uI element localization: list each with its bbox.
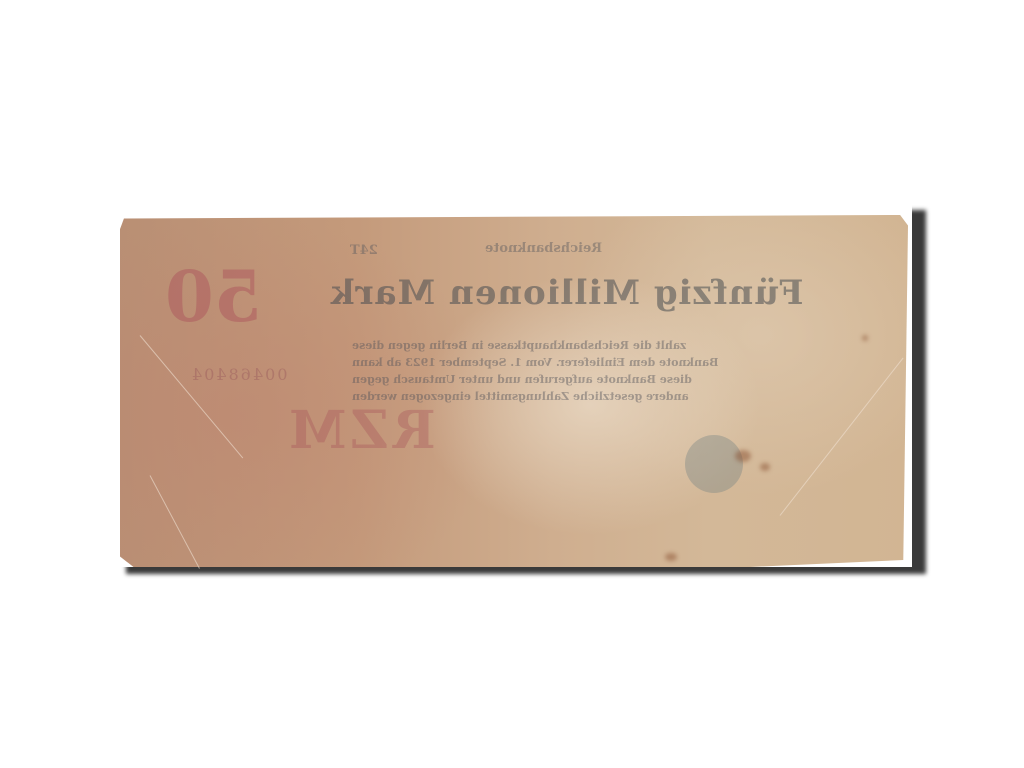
series-code: 24T <box>350 243 378 258</box>
stain <box>862 335 868 341</box>
seal-showthrough <box>685 435 743 493</box>
numeral-fifty: 50 <box>165 255 262 338</box>
issuer-text: Reichsbanknote <box>485 241 602 256</box>
body-line-2: Banknote dem Einlieferer. Vom 1. Septemb… <box>352 354 718 371</box>
red-overprint: RZM <box>285 400 436 461</box>
crease <box>780 358 904 516</box>
crease <box>150 475 207 581</box>
body-line-3: diese Banknote aufgerufen und unter Umta… <box>352 371 692 388</box>
denomination-text: Fünfzig Millionen Mark <box>330 273 803 313</box>
body-line-1: zahlt die Reichsbankhauptkasse in Berlin… <box>352 337 686 354</box>
stain <box>760 463 770 471</box>
stain <box>735 450 751 462</box>
banknote: 24T Reichsbanknote Fünfzig Millionen Mar… <box>120 215 908 567</box>
crease <box>140 335 244 458</box>
stain <box>665 553 677 561</box>
serial-number: 00468404 <box>190 365 287 384</box>
